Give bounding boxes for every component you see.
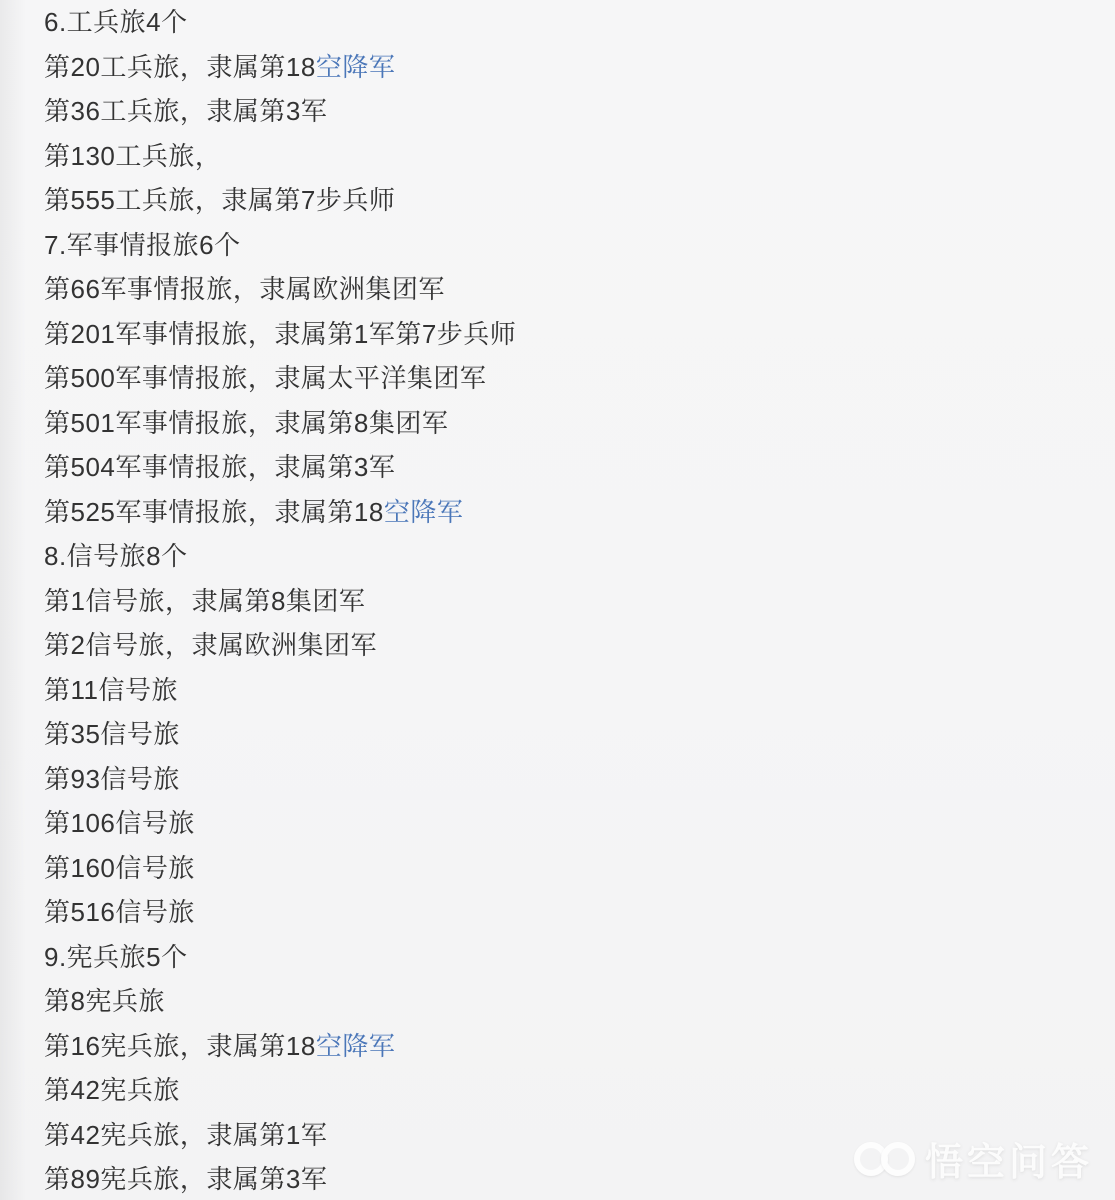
line-text: 第201军事情报旅，隶属第1军第7步兵师 (44, 319, 516, 349)
link-airborne-corps[interactable]: 空降军 (316, 1031, 396, 1061)
text-line: 第16宪兵旅，隶属第18空降军 (44, 1024, 1095, 1069)
line-text: 7.军事情报旅6个 (44, 230, 241, 260)
text-line: 第66军事情报旅，隶属欧洲集团军 (44, 267, 1095, 312)
line-text: 第130工兵旅， (44, 141, 221, 171)
text-line: 第500军事情报旅，隶属太平洋集团军 (44, 356, 1095, 401)
text-line: 第525军事情报旅，隶属第18空降军 (44, 490, 1095, 535)
line-text: 6.工兵旅4个 (44, 7, 188, 37)
text-line: 第504军事情报旅，隶属第3军 (44, 445, 1095, 490)
line-text: 第66军事情报旅，隶属欧洲集团军 (44, 274, 445, 304)
line-text: 第16宪兵旅，隶属第18 (44, 1031, 316, 1061)
text-line: 7.军事情报旅6个 (44, 223, 1095, 268)
text-line: 第2信号旅，隶属欧洲集团军 (44, 623, 1095, 668)
line-text: 第525军事情报旅，隶属第18 (44, 497, 384, 527)
line-text: 第555工兵旅，隶属第7步兵师 (44, 185, 395, 215)
line-text: 第1信号旅，隶属第8集团军 (44, 586, 365, 616)
line-text: 第8宪兵旅 (44, 986, 165, 1016)
line-text: 第89宪兵旅，隶属第3军 (44, 1164, 327, 1194)
line-text: 第106信号旅 (44, 808, 195, 838)
text-line: 第35信号旅 (44, 712, 1095, 757)
line-text: 第20工兵旅，隶属第18 (44, 52, 316, 82)
line-text: 第36工兵旅，隶属第3军 (44, 96, 327, 126)
text-line: 第160信号旅 (44, 846, 1095, 891)
text-line: 6.工兵旅4个 (44, 0, 1095, 45)
text-line: 第501军事情报旅，隶属第8集团军 (44, 401, 1095, 446)
text-line: 第93信号旅 (44, 757, 1095, 802)
text-line: 第42宪兵旅，隶属第1军 (44, 1113, 1095, 1158)
line-text: 第500军事情报旅，隶属太平洋集团军 (44, 363, 486, 393)
text-line: 第130工兵旅， (44, 134, 1095, 179)
text-line: 第201军事情报旅，隶属第1军第7步兵师 (44, 312, 1095, 357)
text-line: 第1信号旅，隶属第8集团军 (44, 579, 1095, 624)
text-line: 第106信号旅 (44, 801, 1095, 846)
line-text: 第42宪兵旅，隶属第1军 (44, 1120, 327, 1150)
text-line: 8.信号旅8个 (44, 534, 1095, 579)
line-text: 第42宪兵旅 (44, 1075, 180, 1105)
text-line: 9.宪兵旅5个 (44, 935, 1095, 980)
text-line: 第42宪兵旅 (44, 1068, 1095, 1113)
text-line: 第516信号旅 (44, 890, 1095, 935)
line-text: 第501军事情报旅，隶属第8集团军 (44, 408, 448, 438)
line-text: 9.宪兵旅5个 (44, 942, 188, 972)
text-line: 第11信号旅 (44, 668, 1095, 713)
line-text: 第160信号旅 (44, 853, 195, 883)
text-content: 6.工兵旅4个第20工兵旅，隶属第18空降军第36工兵旅，隶属第3军第130工兵… (44, 0, 1095, 1200)
text-line: 第89宪兵旅，隶属第3军 (44, 1157, 1095, 1200)
line-text: 第516信号旅 (44, 897, 195, 927)
line-text: 第35信号旅 (44, 719, 180, 749)
link-airborne-corps[interactable]: 空降军 (316, 52, 396, 82)
line-text: 第504军事情报旅，隶属第3军 (44, 452, 395, 482)
line-text: 第93信号旅 (44, 764, 180, 794)
line-text: 第11信号旅 (44, 675, 178, 705)
text-line: 第8宪兵旅 (44, 979, 1095, 1024)
link-airborne-corps[interactable]: 空降军 (384, 497, 464, 527)
line-text: 8.信号旅8个 (44, 541, 188, 571)
text-line: 第555工兵旅，隶属第7步兵师 (44, 178, 1095, 223)
text-line: 第36工兵旅，隶属第3军 (44, 89, 1095, 134)
text-line: 第20工兵旅，隶属第18空降军 (44, 45, 1095, 90)
line-text: 第2信号旅，隶属欧洲集团军 (44, 630, 377, 660)
